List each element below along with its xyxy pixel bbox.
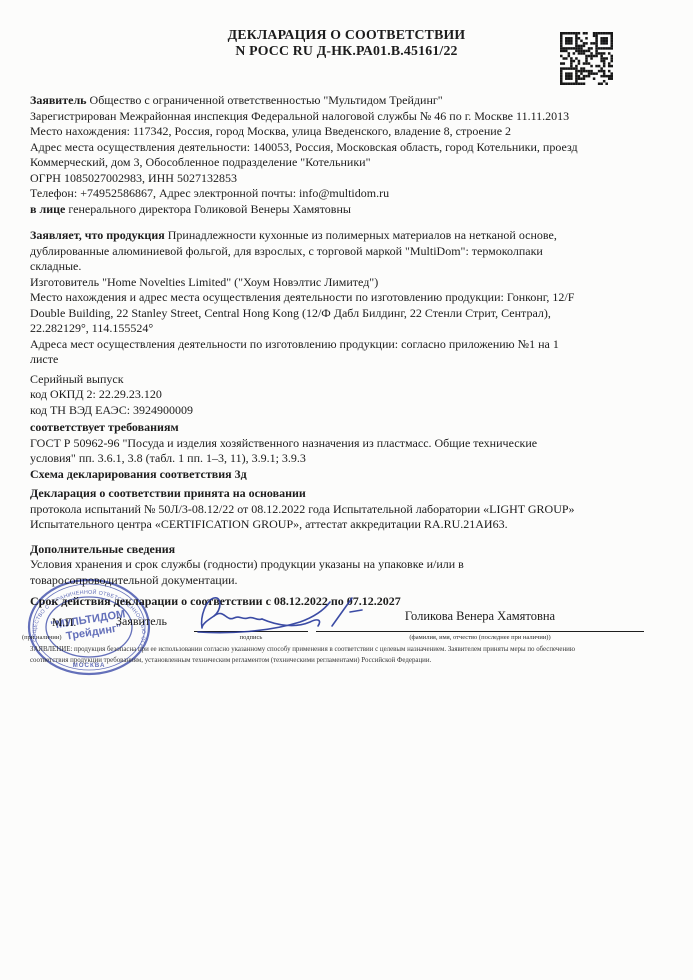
text-line: Испытательного центра «CERTIFICATION GRO… (30, 517, 675, 533)
text-line: Условия хранения и срок службы (годности… (30, 557, 675, 573)
name-line (316, 612, 644, 632)
text-line: складные. (30, 259, 675, 275)
text-line: соответствует требованиям (30, 420, 675, 436)
text-line: 22.282129°, 114.155524° (30, 321, 675, 337)
declaration-document-page: ДЕКЛАРАЦИЯ О СООТВЕТСТВИИ N РОСС RU Д-НК… (0, 0, 693, 980)
requirements-block: соответствует требованиямГОСТ Р 50962-96… (30, 420, 675, 482)
text-line: код ОКПД 2: 22.29.23.120 (30, 387, 675, 403)
text-line: Телефон: +74952586867, Адрес электронной… (30, 186, 675, 202)
text-line: Заявляет, что продукция Принадлежности к… (30, 228, 675, 244)
text-line: дублированные алюминиевой фольгой, для в… (30, 244, 675, 260)
text-line: Схема декларирования соответствия 3д (30, 467, 675, 483)
text-line: Место нахождения и адрес места осуществл… (30, 290, 675, 306)
text-line: Адреса мест осуществления деятельности п… (30, 337, 675, 353)
handwritten-signature (192, 592, 364, 640)
text-line: Серийный выпуск (30, 372, 675, 388)
text-line: Double Building, 22 Stanley Street, Cent… (30, 306, 675, 322)
text-line: протокола испытаний № 50Л/3-08.12/22 от … (30, 502, 675, 518)
text-line: в лице генерального директора Голиковой … (30, 202, 675, 218)
text-line: Дополнительные сведения (30, 542, 675, 558)
text-line: Декларация о соответствии принята на осн… (30, 486, 675, 502)
document-body: Заявитель Общество с ограниченной ответс… (30, 90, 675, 610)
fine-print: ЗАЯВЛЕНИЕ: продукция безопасна при ее ис… (30, 645, 674, 666)
text-line: ОГРН 1085027002983, ИНН 5027132853 (30, 171, 675, 187)
applicant-block: Заявитель Общество с ограниченной ответс… (30, 93, 675, 217)
text-line: ГОСТ Р 50962-96 "Посуда и изделия хозяйс… (30, 436, 675, 452)
text-line: листе (30, 352, 675, 368)
qr-code-icon (560, 32, 613, 85)
text-line: Изготовитель "Home Novelties Limited" ("… (30, 275, 675, 291)
fine-print-line-2: соответствия продукции требованиям, уста… (30, 656, 674, 667)
text-line: Адрес места осуществления деятельности: … (30, 140, 675, 156)
text-line: Место нахождения: 117342, Россия, город … (30, 124, 675, 140)
text-line: условия" пп. 3.6.1, 3.8 (табл. 1 пп. 1–3… (30, 451, 675, 467)
fine-print-line-1: ЗАЯВЛЕНИЕ: продукция безопасна при ее ис… (30, 645, 674, 656)
basis-block: Декларация о соответствии принята на осн… (30, 486, 675, 533)
text-line: Коммерческий, дом 3, Обособленное подраз… (30, 155, 675, 171)
text-line: код ТН ВЭД ЕАЭС: 3924900009 (30, 403, 675, 419)
name-caption: (фамилия, имя, отчество (последнее при н… (316, 634, 644, 641)
text-line: Заявитель Общество с ограниченной ответс… (30, 93, 675, 109)
product-block: Заявляет, что продукция Принадлежности к… (30, 228, 675, 368)
text-line: Зарегистрирован Межрайонная инспекция Фе… (30, 109, 675, 125)
codes-block: Серийный выпусккод ОКПД 2: 22.29.23.120к… (30, 372, 675, 419)
